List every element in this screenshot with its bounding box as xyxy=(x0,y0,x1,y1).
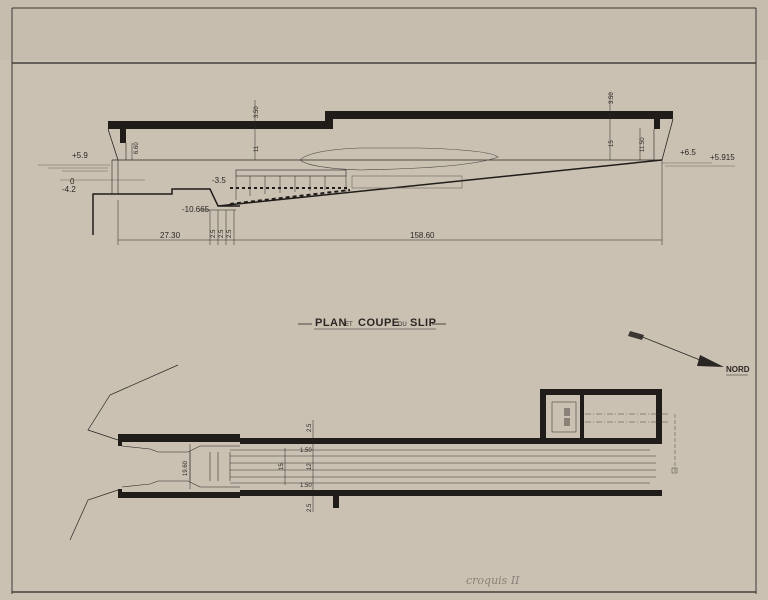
level-minus-4-2: -4.2 xyxy=(62,185,76,194)
dim-gap-2: 2.5 xyxy=(219,229,225,238)
level-plus-6-5: +6.5 xyxy=(680,148,696,157)
dim-gap-1: 2.5 xyxy=(211,229,217,238)
level-plus-5-915: +5.915 xyxy=(710,153,735,162)
level-plus-5-9: +5.9 xyxy=(72,151,88,160)
level-minus-10-665: -10.665 xyxy=(182,205,210,214)
drawing-canvas: +5.9 0 -4.2 -3.5 -10.665 +6.5 +5.915 6.6… xyxy=(0,0,768,600)
title-et: ET xyxy=(345,322,353,328)
dim-15: 15 xyxy=(279,463,285,470)
north-label: NORD xyxy=(726,365,750,374)
height-15: 15 xyxy=(609,140,615,147)
title-slip: SLIP xyxy=(410,317,436,329)
dim-2-5-bottom: 2.5 xyxy=(307,503,313,512)
dim-1-50-a: 1.50 xyxy=(300,448,312,454)
dim-2-5-top: 2.5 xyxy=(307,423,313,432)
dim-12: 12 xyxy=(307,463,313,470)
sketch-signature: croquis II xyxy=(466,574,520,587)
dim-gap-3: 2.5 xyxy=(227,229,233,238)
architectural-drawing-sheet: +5.9 0 -4.2 -3.5 -10.665 +6.5 +5.915 6.6… xyxy=(0,0,768,600)
height-11-50: 11.50 xyxy=(640,137,646,152)
dim-158-60: 158.60 xyxy=(410,231,435,240)
dim-19-60: 19.60 xyxy=(183,460,189,476)
title-du: DU xyxy=(398,322,407,328)
dim-1-50-b: 1.50 xyxy=(300,483,312,489)
title-plan: PLAN xyxy=(315,317,347,329)
height-11: 11 xyxy=(254,145,260,152)
drawing-title: PLAN ET COUPE DU SLIP xyxy=(298,317,446,329)
level-minus-3-5: -3.5 xyxy=(212,176,226,185)
height-6-60: 6.60 xyxy=(134,142,140,154)
height-3-50-left: 3.50 xyxy=(254,106,260,118)
dim-27-30: 27.30 xyxy=(160,231,181,240)
title-coupe: COUPE xyxy=(358,317,400,329)
height-3-50-right: 3.50 xyxy=(609,92,615,104)
